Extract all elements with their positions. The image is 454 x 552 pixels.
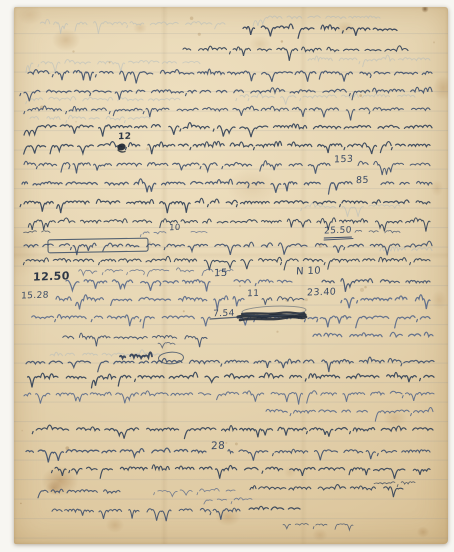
ink-number-153: 153 [334, 155, 354, 165]
ink-number-7-54: 7.54 [213, 310, 235, 320]
ink-number-11: 11 [247, 290, 260, 299]
letter-scan-page: 12 153 25.50 10 12.50 15 N 10 23.40 11 1… [0, 0, 454, 552]
ink-number-12-50: 12.50 [33, 270, 70, 282]
ink-number-28: 28 [211, 441, 226, 452]
ink-number-10: 10 [169, 224, 181, 233]
ink-number-12: 12 [118, 133, 132, 142]
ink-number-n10: N 10 [296, 267, 321, 278]
ink-number-25-50: 25.50 [324, 227, 352, 239]
ink-number-15: 15 [214, 269, 228, 279]
ink-number-23-40: 23.40 [307, 287, 337, 298]
ink-number-15-28: 15.28 [21, 292, 49, 302]
ink-number-85: 85 [356, 176, 369, 186]
